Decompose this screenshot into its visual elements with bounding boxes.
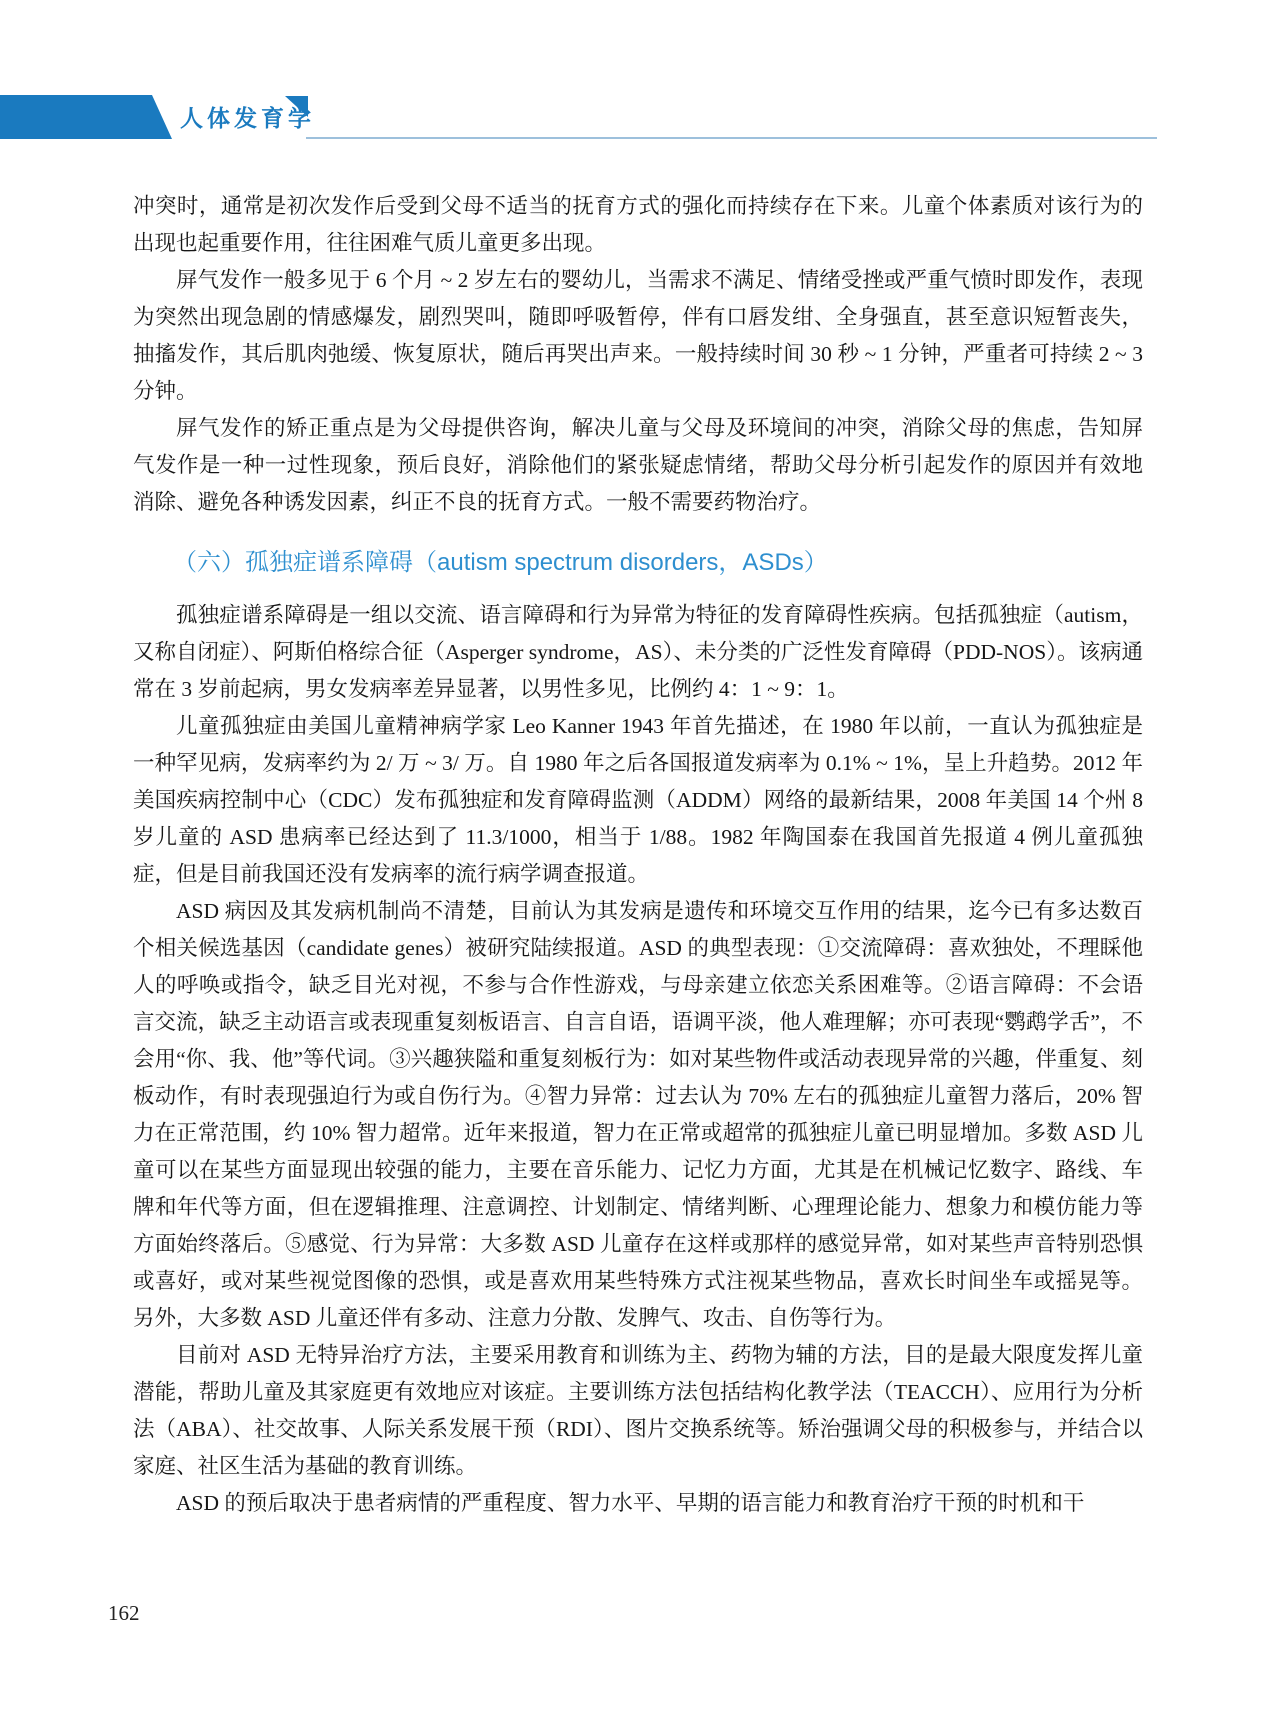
paragraph-asd-treatment: 目前对 ASD 无特异治疗方法，主要采用教育和训练为主、药物为辅的方法，目的是最… [133,1337,1143,1485]
paragraph-breath-holding-treatment: 屏气发作的矫正重点是为父母提供咨询，解决儿童与父母及环境间的冲突，消除父母的焦虑… [133,410,1143,521]
header-rule-line [306,137,1157,139]
header-blue-bar [0,95,172,139]
section-heading-asd: （六）孤独症谱系障碍（autism spectrum disorders，ASD… [133,544,1143,582]
page-number: 162 [108,1601,140,1626]
paragraph-breath-holding-cause: 冲突时，通常是初次发作后受到父母不适当的抚育方式的强化而持续存在下来。儿童个体素… [133,188,1143,262]
paragraph-asd-epidemiology: 儿童孤独症由美国儿童精神病学家 Leo Kanner 1943 年首先描述，在 … [133,708,1143,893]
book-page: 人体发育学 冲突时，通常是初次发作后受到父母不适当的抚育方式的强化而持续存在下来… [0,0,1275,1718]
paragraph-asd-etiology-features: ASD 病因及其发病机制尚不清楚，目前认为其发病是遗传和环境交互作用的结果，迄今… [133,893,1143,1337]
running-header: 人体发育学 [0,95,1275,141]
paragraph-asd-definition: 孤独症谱系障碍是一组以交流、语言障碍和行为异常为特征的发育障碍性疾病。包括孤独症… [133,597,1143,708]
body-text: 冲突时，通常是初次发作后受到父母不适当的抚育方式的强化而持续存在下来。儿童个体素… [133,188,1143,1522]
paragraph-asd-prognosis: ASD 的预后取决于患者病情的严重程度、智力水平、早期的语言能力和教育治疗干预的… [133,1485,1143,1522]
paragraph-breath-holding-presentation: 屏气发作一般多见于 6 个月 ~ 2 岁左右的婴幼儿，当需求不满足、情绪受挫或严… [133,262,1143,410]
